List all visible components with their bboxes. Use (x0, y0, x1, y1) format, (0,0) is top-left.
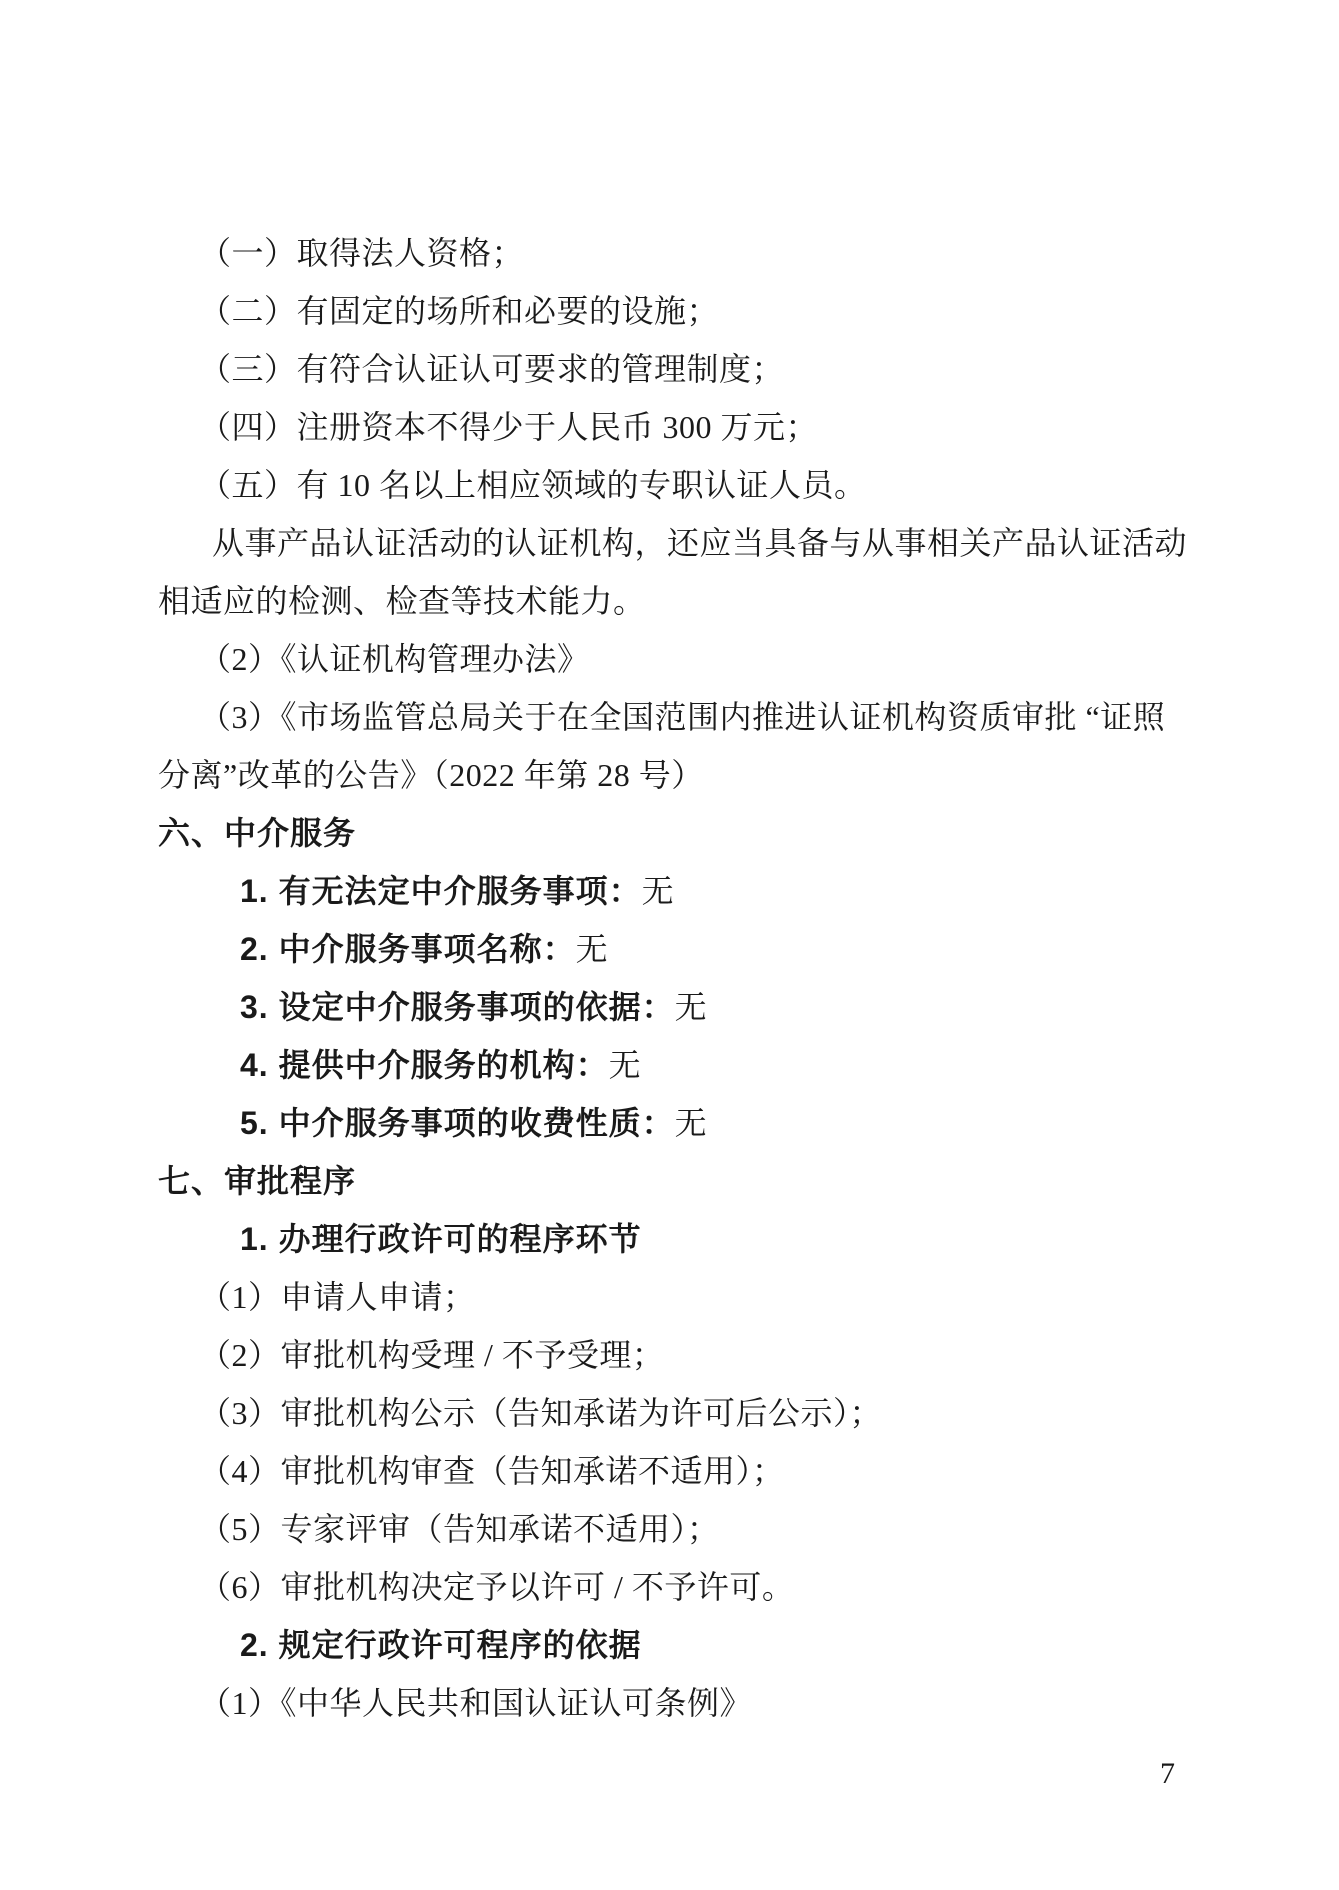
reference-text: 分离”改革的公告》（2022 年第 28 号） (158, 757, 704, 793)
numbered-item-label: 1. 有无法定中介服务事项： (240, 873, 642, 909)
list-item-requirement-2: （二）有固定的场所和必要的设施； (158, 282, 1190, 340)
list-item-requirement-4: （四）注册资本不得少于人民币 300 万元； (158, 398, 1190, 456)
procedure-step-text: （2）审批机构受理 / 不予受理； (199, 1337, 664, 1373)
numbered-item-value: 无 (642, 873, 675, 909)
numbered-item-value: 无 (609, 1047, 642, 1083)
procedure-step-text: （1）申请人申请； (199, 1279, 476, 1315)
numbered-subheading-2: 2. 规定行政许可程序的依据 (158, 1616, 1190, 1674)
list-item-requirement-5: （五）有 10 名以上相应领域的专职认证人员。 (158, 456, 1190, 514)
legal-basis-line: （1）《中华人民共和国认证认可条例》 (158, 1674, 1190, 1732)
reference-line-2: （2）《认证机构管理办法》 (158, 630, 1190, 688)
numbered-item-1: 1. 有无法定中介服务事项：无 (158, 862, 1190, 920)
list-item-text: （三）有符合认证认可要求的管理制度； (199, 351, 784, 387)
procedure-step-text: （3）审批机构公示（告知承诺为许可后公示）； (199, 1395, 882, 1431)
section-heading-text: 七、审批程序 (158, 1163, 356, 1199)
numbered-item-value: 无 (675, 1105, 708, 1141)
procedure-step-text: （6）审批机构决定予以许可 / 不予许可。 (199, 1569, 794, 1605)
procedure-step-1: （1）申请人申请； (158, 1268, 1190, 1326)
reference-line-3a: （3）《市场监管总局关于在全国范围内推进认证机构资质审批 “证照 (158, 688, 1190, 746)
numbered-item-4: 4. 提供中介服务的机构：无 (158, 1036, 1190, 1094)
list-item-text: （二）有固定的场所和必要的设施； (199, 293, 719, 329)
paragraph-text: 从事产品认证活动的认证机构，还应当具备与从事相关产品认证活动 (212, 525, 1187, 561)
numbered-item-value: 无 (576, 931, 609, 967)
procedure-step-text: （4）审批机构审查（告知承诺不适用）； (199, 1453, 785, 1489)
numbered-item-2: 2. 中介服务事项名称：无 (158, 920, 1190, 978)
numbered-item-label: 2. 中介服务事项名称： (240, 931, 576, 967)
page-number: 7 (1160, 1756, 1175, 1792)
procedure-step-6: （6）审批机构决定予以许可 / 不予许可。 (158, 1558, 1190, 1616)
subheading-text: 1. 办理行政许可的程序环节 (240, 1221, 642, 1257)
list-item-text: （一）取得法人资格； (199, 235, 524, 271)
procedure-step-text: （5）专家评审（告知承诺不适用）； (199, 1511, 720, 1547)
paragraph-line-1: 从事产品认证活动的认证机构，还应当具备与从事相关产品认证活动 (158, 514, 1190, 572)
reference-line-3b: 分离”改革的公告》（2022 年第 28 号） (158, 746, 1190, 804)
reference-text: （3）《市场监管总局关于在全国范围内推进认证机构资质审批 “证照 (199, 699, 1165, 735)
procedure-step-2: （2）审批机构受理 / 不予受理； (158, 1326, 1190, 1384)
numbered-item-label: 3. 设定中介服务事项的依据： (240, 989, 675, 1025)
subheading-text: 2. 规定行政许可程序的依据 (240, 1627, 642, 1663)
procedure-step-5: （5）专家评审（告知承诺不适用）； (158, 1500, 1190, 1558)
list-item-requirement-3: （三）有符合认证认可要求的管理制度； (158, 340, 1190, 398)
paragraph-text: 相适应的检测、检查等技术能力。 (158, 583, 646, 619)
list-item-text: （五）有 10 名以上相应领域的专职认证人员。 (199, 467, 867, 503)
numbered-item-3: 3. 设定中介服务事项的依据：无 (158, 978, 1190, 1036)
legal-basis-text: （1）《中华人民共和国认证认可条例》 (199, 1685, 752, 1721)
numbered-subheading-1: 1. 办理行政许可的程序环节 (158, 1210, 1190, 1268)
section-heading-text: 六、中介服务 (158, 815, 356, 851)
document-body: （一）取得法人资格； （二）有固定的场所和必要的设施； （三）有符合认证认可要求… (158, 224, 1190, 1732)
numbered-item-value: 无 (675, 989, 708, 1025)
section-heading-7: 七、审批程序 (158, 1152, 1190, 1210)
section-heading-6: 六、中介服务 (158, 804, 1190, 862)
document-page: （一）取得法人资格； （二）有固定的场所和必要的设施； （三）有符合认证认可要求… (0, 0, 1339, 1890)
list-item-text: （四）注册资本不得少于人民币 300 万元； (199, 409, 818, 445)
paragraph-line-2: 相适应的检测、检查等技术能力。 (158, 572, 1190, 630)
procedure-step-4: （4）审批机构审查（告知承诺不适用）； (158, 1442, 1190, 1500)
list-item-requirement-1: （一）取得法人资格； (158, 224, 1190, 282)
numbered-item-5: 5. 中介服务事项的收费性质：无 (158, 1094, 1190, 1152)
reference-text: （2）《认证机构管理办法》 (199, 641, 590, 677)
procedure-step-3: （3）审批机构公示（告知承诺为许可后公示）； (158, 1384, 1190, 1442)
numbered-item-label: 5. 中介服务事项的收费性质： (240, 1105, 675, 1141)
numbered-item-label: 4. 提供中介服务的机构： (240, 1047, 609, 1083)
